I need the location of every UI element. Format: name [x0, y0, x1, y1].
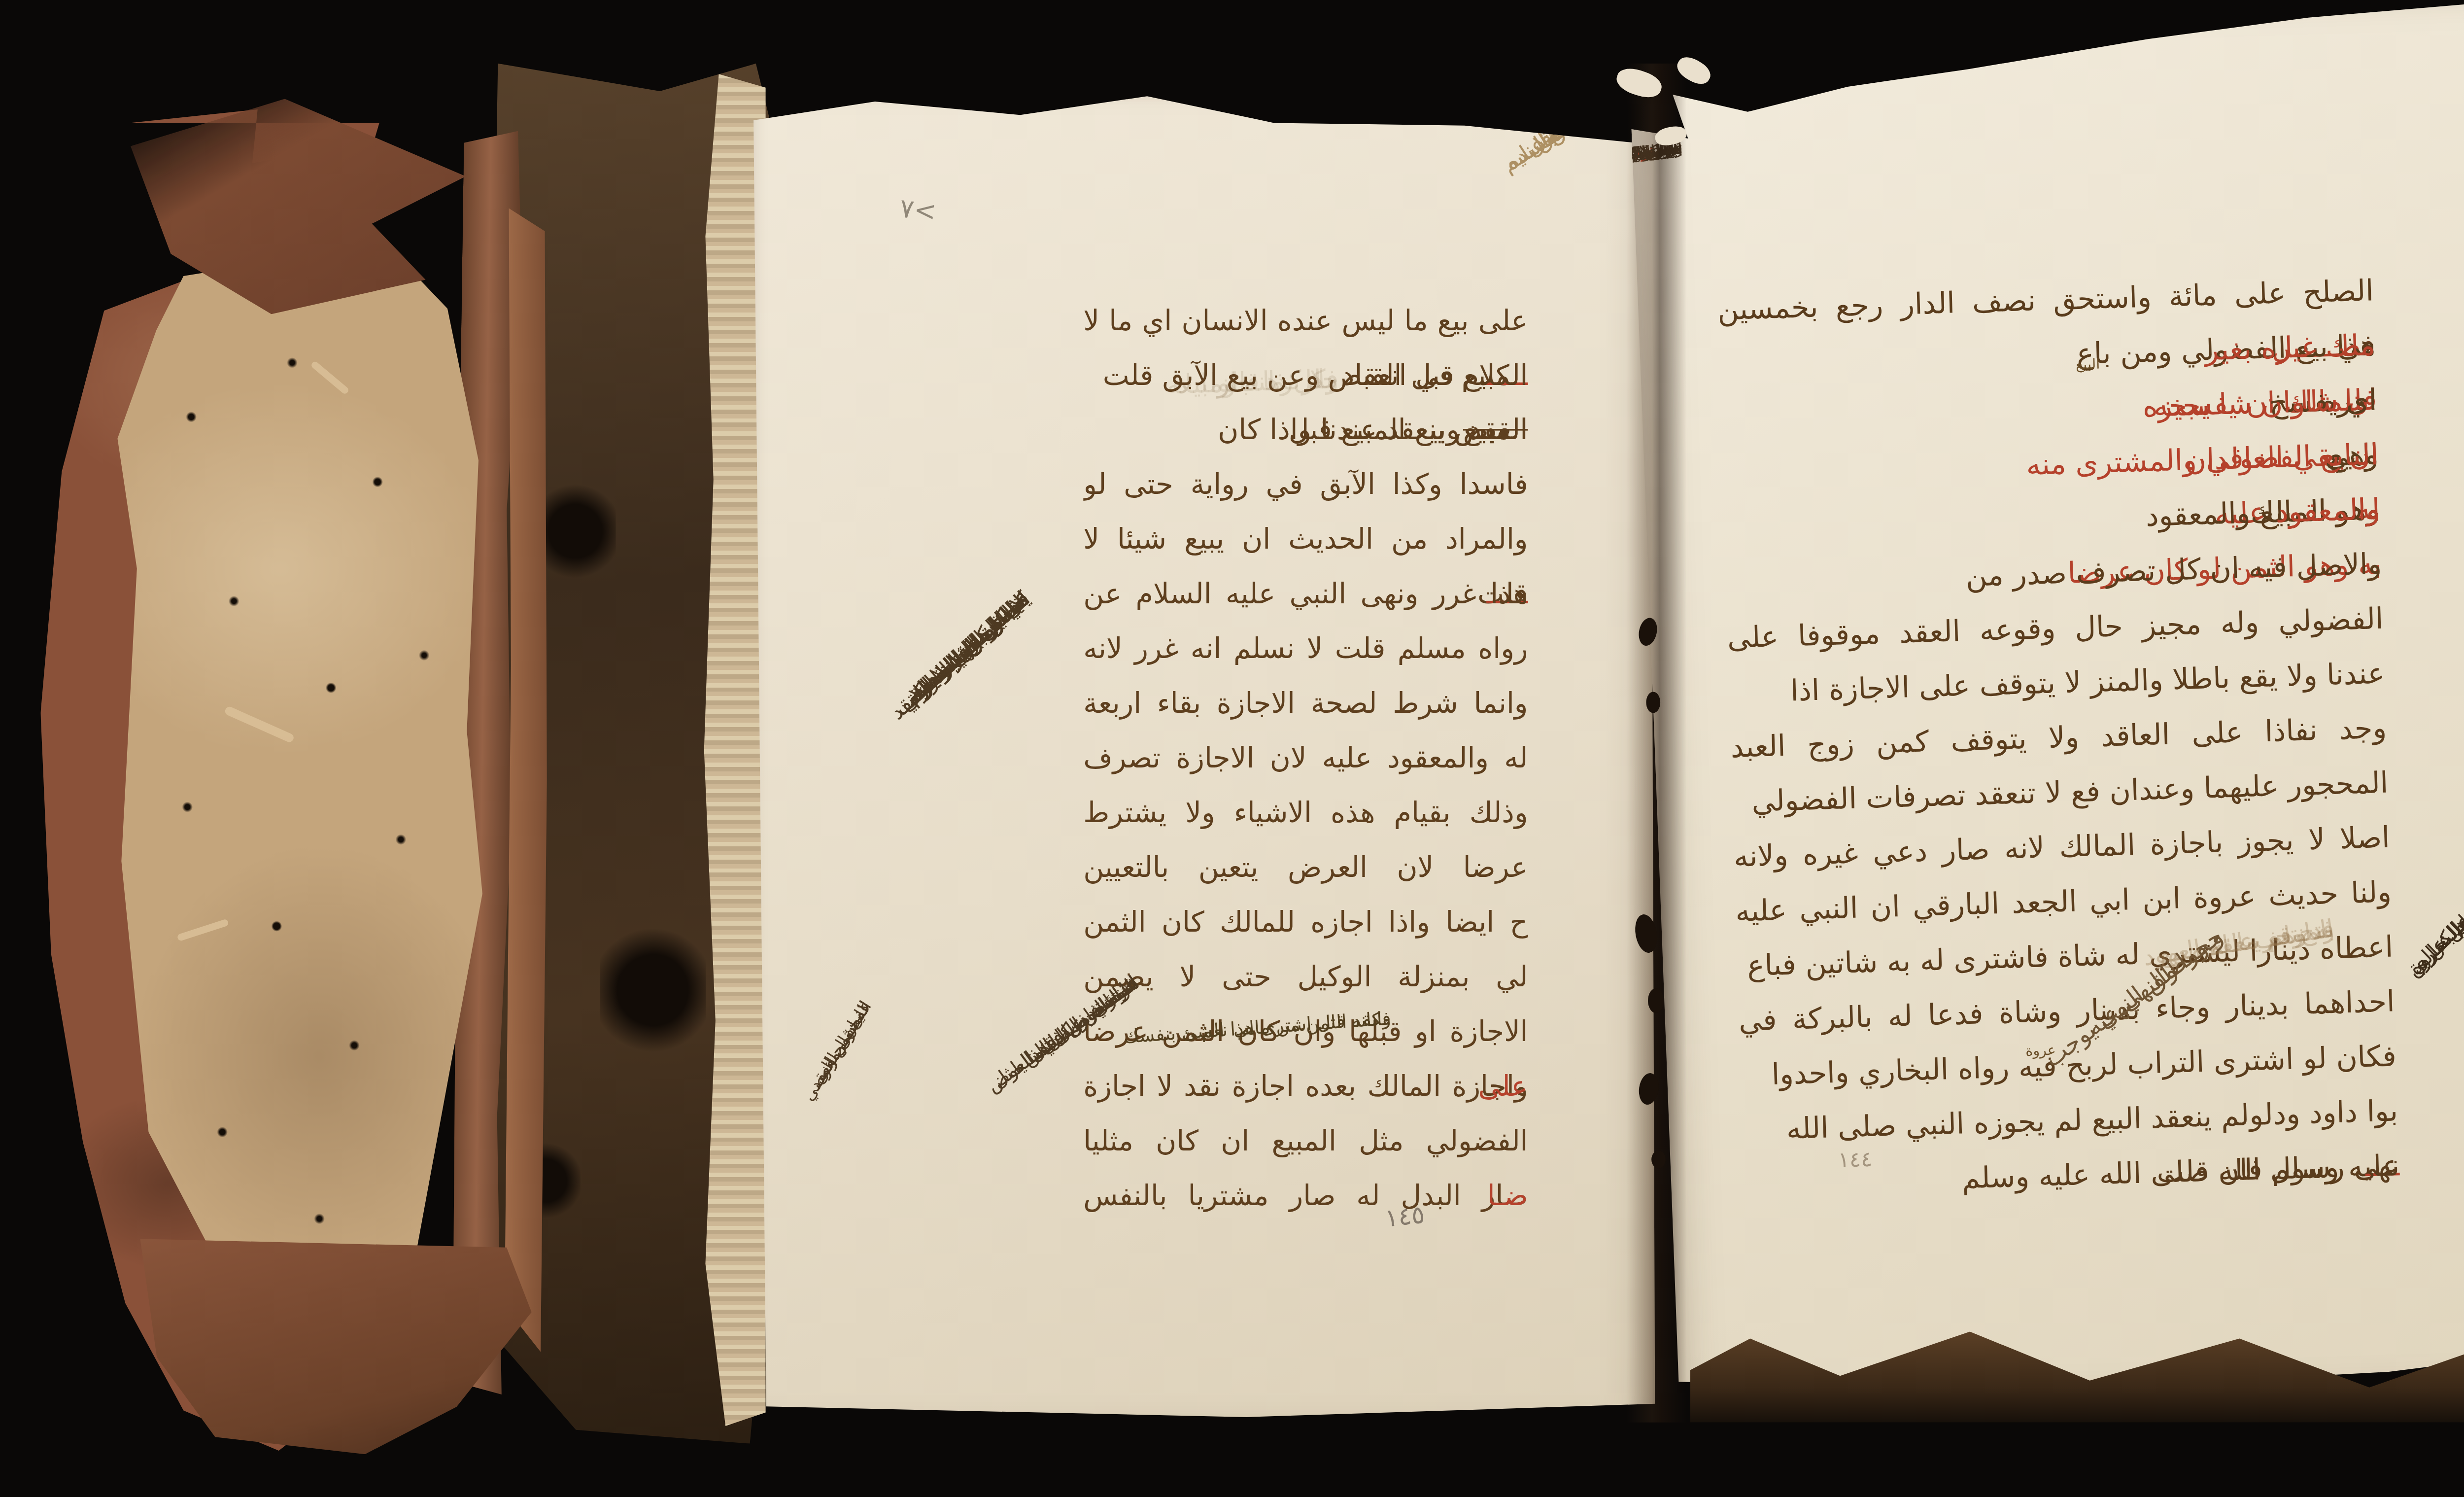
left-page-corner-marginalia: لا يخفى معنى انه ان اجاز الفضولي انعقد ع… — [772, 997, 858, 1135]
right-page-top-marginalia: وفي الخانية لو باع عقار الغير وقال المشت… — [1710, 0, 2464, 230]
worm-damage-hole — [1646, 692, 1660, 713]
worm-trail — [224, 706, 295, 744]
pencil-mark: ٧< — [898, 192, 938, 228]
left-page-main-text: على بيع ما ليس عنده الانسان اي ما لا يمل… — [1083, 293, 1528, 1223]
right-page-margin-block-2: سخ او باع المعقود عليه من غيره وان يجيزه… — [2369, 306, 2464, 522]
right-page-margin-block-1: ثم اعلم ان تصرف الفضولي منعقد موقوف على … — [2366, 0, 2464, 141]
spine-strip — [505, 208, 547, 1352]
worm-trail — [176, 918, 229, 941]
worm-damage-hole — [1648, 988, 1664, 1013]
left-cover — [32, 46, 780, 1458]
gutter-crease — [1627, 64, 1687, 1423]
leather-dark-patch — [600, 919, 706, 1060]
faint-folio-number: ١٤٤ — [1838, 1147, 1873, 1172]
worm-damage-hole — [1651, 1150, 1666, 1168]
right-page: وفي الخانية لو باع عقار الغير وقال المشت… — [1624, 0, 2464, 1407]
page-number: ١٤٥ — [1384, 1202, 1427, 1234]
cover-leather-bottom — [124, 1239, 540, 1454]
interlinear-note: البيع — [2076, 356, 2100, 373]
worm-trail — [311, 360, 351, 395]
manuscript-photo: بعدم جهة ملكه ما نهى عنه باتفاق حجة في ص… — [0, 0, 2464, 1497]
left-page: بعدم جهة ملكه ما نهى عنه باتفاق حجة في ص… — [748, 88, 1655, 1423]
